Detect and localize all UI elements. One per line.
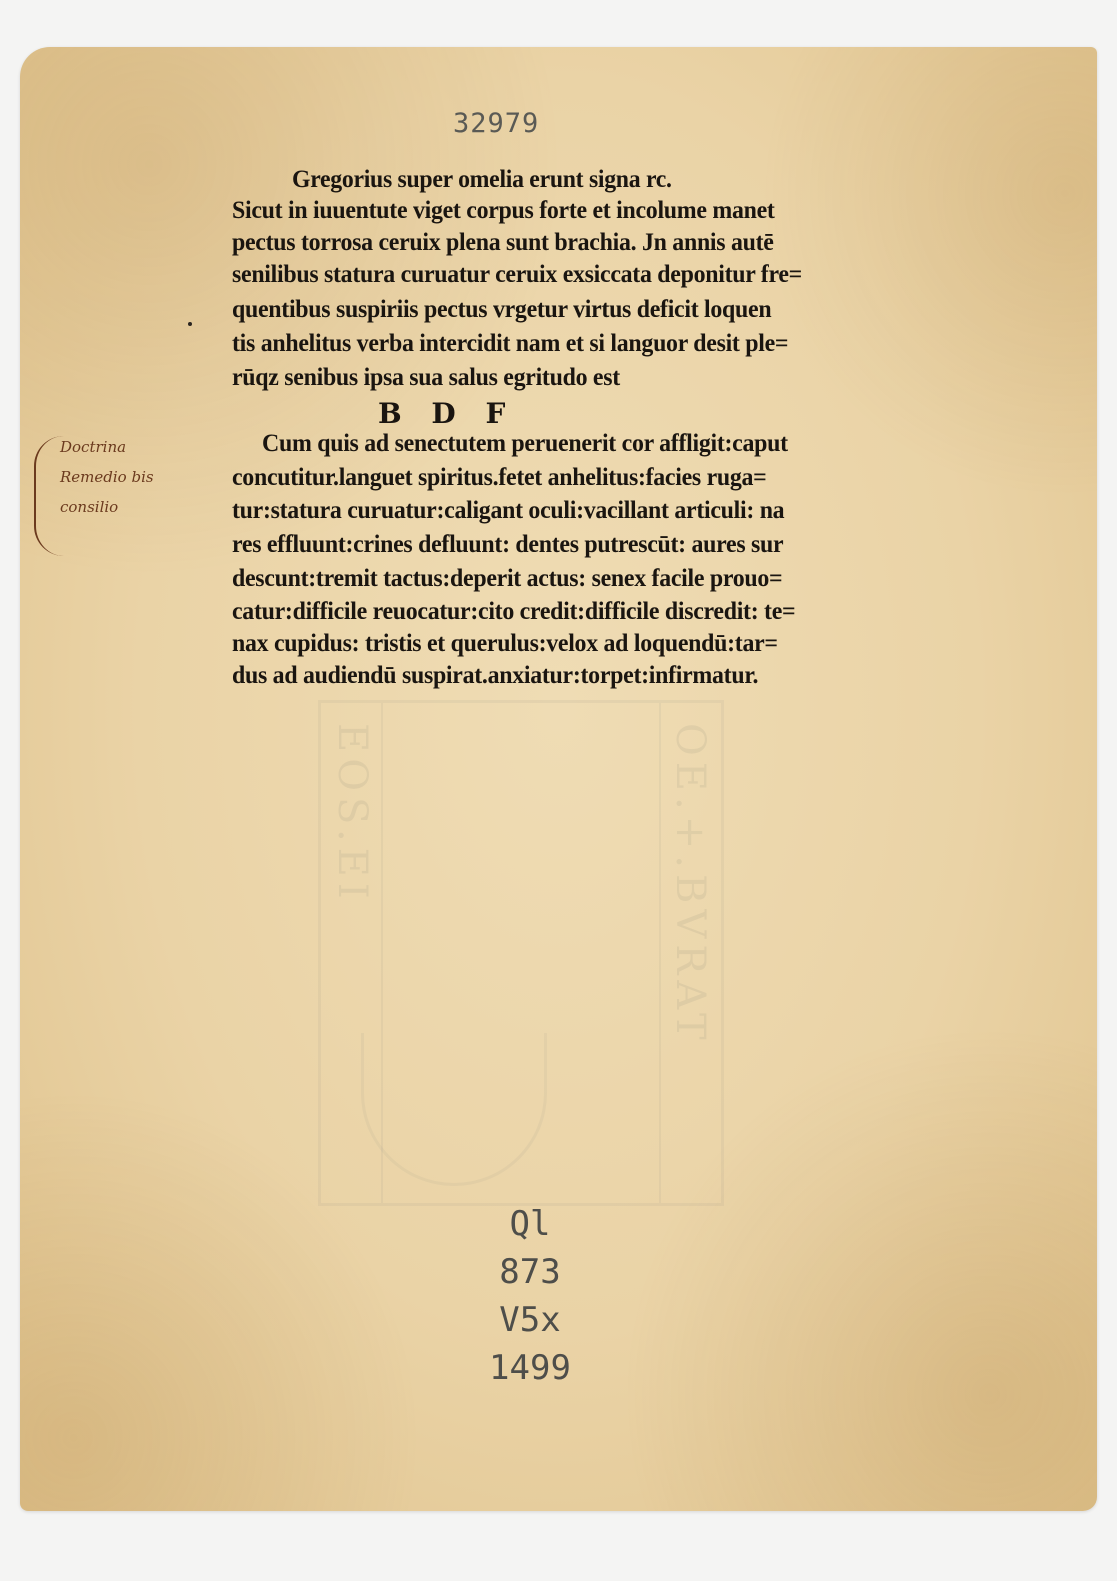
paragraph-2-line: descunt:tremit tactus:deperit actus: sen… (232, 565, 782, 593)
paragraph-2-line: nax cupidus: tristis et querulus:velox a… (232, 630, 778, 658)
paragraph-1-line: senilibus statura curuatur ceruix exsicc… (232, 261, 802, 289)
paragraph-2-line: dus ad audiendū suspirat.anxiatur:torpet… (232, 662, 758, 690)
shelfmark-line: Ql (470, 1200, 590, 1248)
shelfmark-line: V5x (470, 1296, 590, 1344)
paragraph-1-line: pectus torrosa ceruix plena sunt brachia… (232, 229, 774, 257)
paragraph-2-line: catur:difficile reuocatur:cito credit:di… (232, 598, 795, 626)
paragraph-1-line: tis anhelitus verba intercidit nam et si… (232, 330, 788, 358)
paragraph-1-line: quentibus suspiriis pectus vrgetur virtu… (232, 296, 771, 324)
shelfmark-line: 1499 (470, 1344, 590, 1392)
paragraph-2-line: res effluunt:crines defluunt: dentes put… (232, 531, 783, 559)
paragraph-1-line: rūqz senibus ipsa sua salus egritudo est (232, 364, 620, 392)
paragraph-2-line: Cum quis ad senectutem peruenerit cor af… (262, 430, 788, 458)
paragraph-1-line: Sicut in iuuentute viget corpus forte et… (232, 197, 775, 225)
paragraph-2-line: concutitur.languet spiritus.fetet anheli… (232, 464, 767, 492)
ink-speck (188, 322, 192, 326)
heading: Gregorius super omelia erunt signa rc. (292, 166, 672, 194)
section-initials: B D F (378, 397, 505, 430)
shelfmark-bottom: Ql 873 V5x 1499 (470, 1200, 590, 1392)
paragraph-2-line: tur:statura curuatur:caligant oculi:vaci… (232, 497, 784, 525)
shelfmark-line: 873 (470, 1248, 590, 1296)
marginal-annotation: Doctrina Remedio bis consilio (38, 432, 208, 522)
annotation-bracket (34, 436, 66, 556)
